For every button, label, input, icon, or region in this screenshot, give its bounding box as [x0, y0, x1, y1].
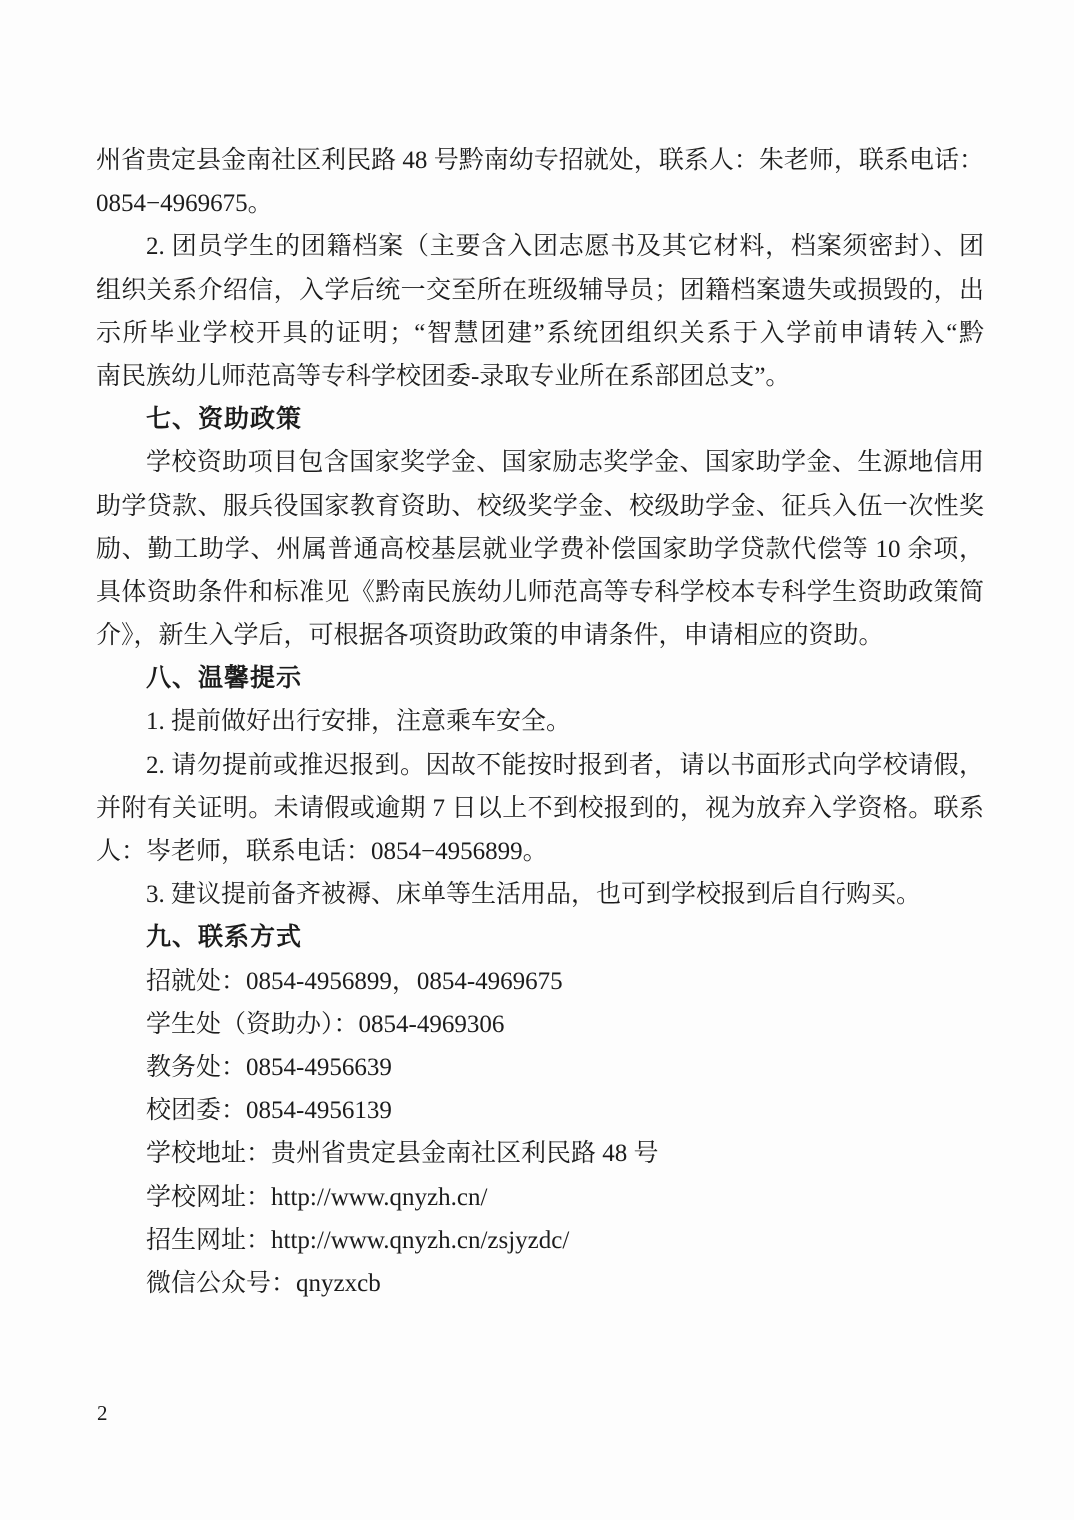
tip-item-1: 1. 提前做好出行安排，注意乘车安全。	[96, 700, 984, 743]
contact-school-address: 学校地址：贵州省贵定县金南社区利民路 48 号	[96, 1132, 984, 1175]
heading-tips: 八、温馨提示	[96, 657, 984, 700]
heading-funding-policy: 七、资助政策	[96, 398, 984, 441]
contact-admissions-office: 招就处：0854-4956899，0854-4969675	[96, 960, 984, 1003]
document-page: 州省贵定县金南社区利民路 48 号黔南幼专招就处，联系人：朱老师，联系电话： 0…	[0, 0, 1074, 1520]
heading-contact-info: 九、联系方式	[96, 916, 984, 959]
contact-academic-affairs: 教务处：0854-4956639	[96, 1046, 984, 1089]
para-league-archive-line2: 组织关系介绍信，入学后统一交至所在班级辅导员；团籍档案遗失或损毁的，出	[96, 269, 984, 312]
tip-item-2-line1: 2. 请勿提前或推迟报到。因故不能按时报到者，请以书面形式向学校请假，	[96, 744, 984, 787]
para-funding-line4: 具体资助条件和标准见《黔南民族幼儿师范高等专科学校本专科学生资助政策简	[96, 571, 984, 614]
para-address-contact-line1: 州省贵定县金南社区利民路 48 号黔南幼专招就处，联系人：朱老师，联系电话：	[96, 139, 984, 182]
contact-youth-league: 校团委：0854-4956139	[96, 1089, 984, 1132]
contact-admissions-website-url: 招生网址：http://www.qnyzh.cn/zsjyzdc/	[96, 1219, 984, 1262]
tip-item-2-line3: 人：岑老师，联系电话：0854−4956899。	[96, 830, 984, 873]
para-funding-line2: 助学贷款、服兵役国家教育资助、校级奖学金、校级助学金、征兵入伍一次性奖	[96, 485, 984, 528]
page-number: 2	[97, 1398, 108, 1428]
para-funding-line1: 学校资助项目包含国家奖学金、国家励志奖学金、国家助学金、生源地信用	[96, 441, 984, 484]
para-league-archive-line1: 2. 团员学生的团籍档案（主要含入团志愿书及其它材料，档案须密封）、团	[96, 225, 984, 268]
para-funding-line3: 励、勤工助学、州属普通高校基层就业学费补偿国家助学贷款代偿等 10 余项，	[96, 528, 984, 571]
tip-item-2-line2: 并附有关证明。未请假或逾期 7 日以上不到校报到的，视为放弃入学资格。联系	[96, 787, 984, 830]
tip-item-3: 3. 建议提前备齐被褥、床单等生活用品，也可到学校报到后自行购买。	[96, 873, 984, 916]
document-body: 州省贵定县金南社区利民路 48 号黔南幼专招就处，联系人：朱老师，联系电话： 0…	[96, 139, 984, 1305]
contact-student-affairs: 学生处（资助办）：0854-4969306	[96, 1003, 984, 1046]
para-league-archive-line4: 南民族幼儿师范高等专科学校团委-录取专业所在系部团总支”。	[96, 355, 984, 398]
para-league-archive-line3: 示所毕业学校开具的证明；“智慧团建”系统团组织关系于入学前申请转入“黔	[96, 312, 984, 355]
contact-school-website-url: 学校网址：http://www.qnyzh.cn/	[96, 1176, 984, 1219]
contact-wechat-account: 微信公众号：qnyzxcb	[96, 1262, 984, 1305]
para-funding-line5: 介》，新生入学后，可根据各项资助政策的申请条件，申请相应的资助。	[96, 614, 984, 657]
para-address-contact-line2: 0854−4969675。	[96, 182, 984, 225]
